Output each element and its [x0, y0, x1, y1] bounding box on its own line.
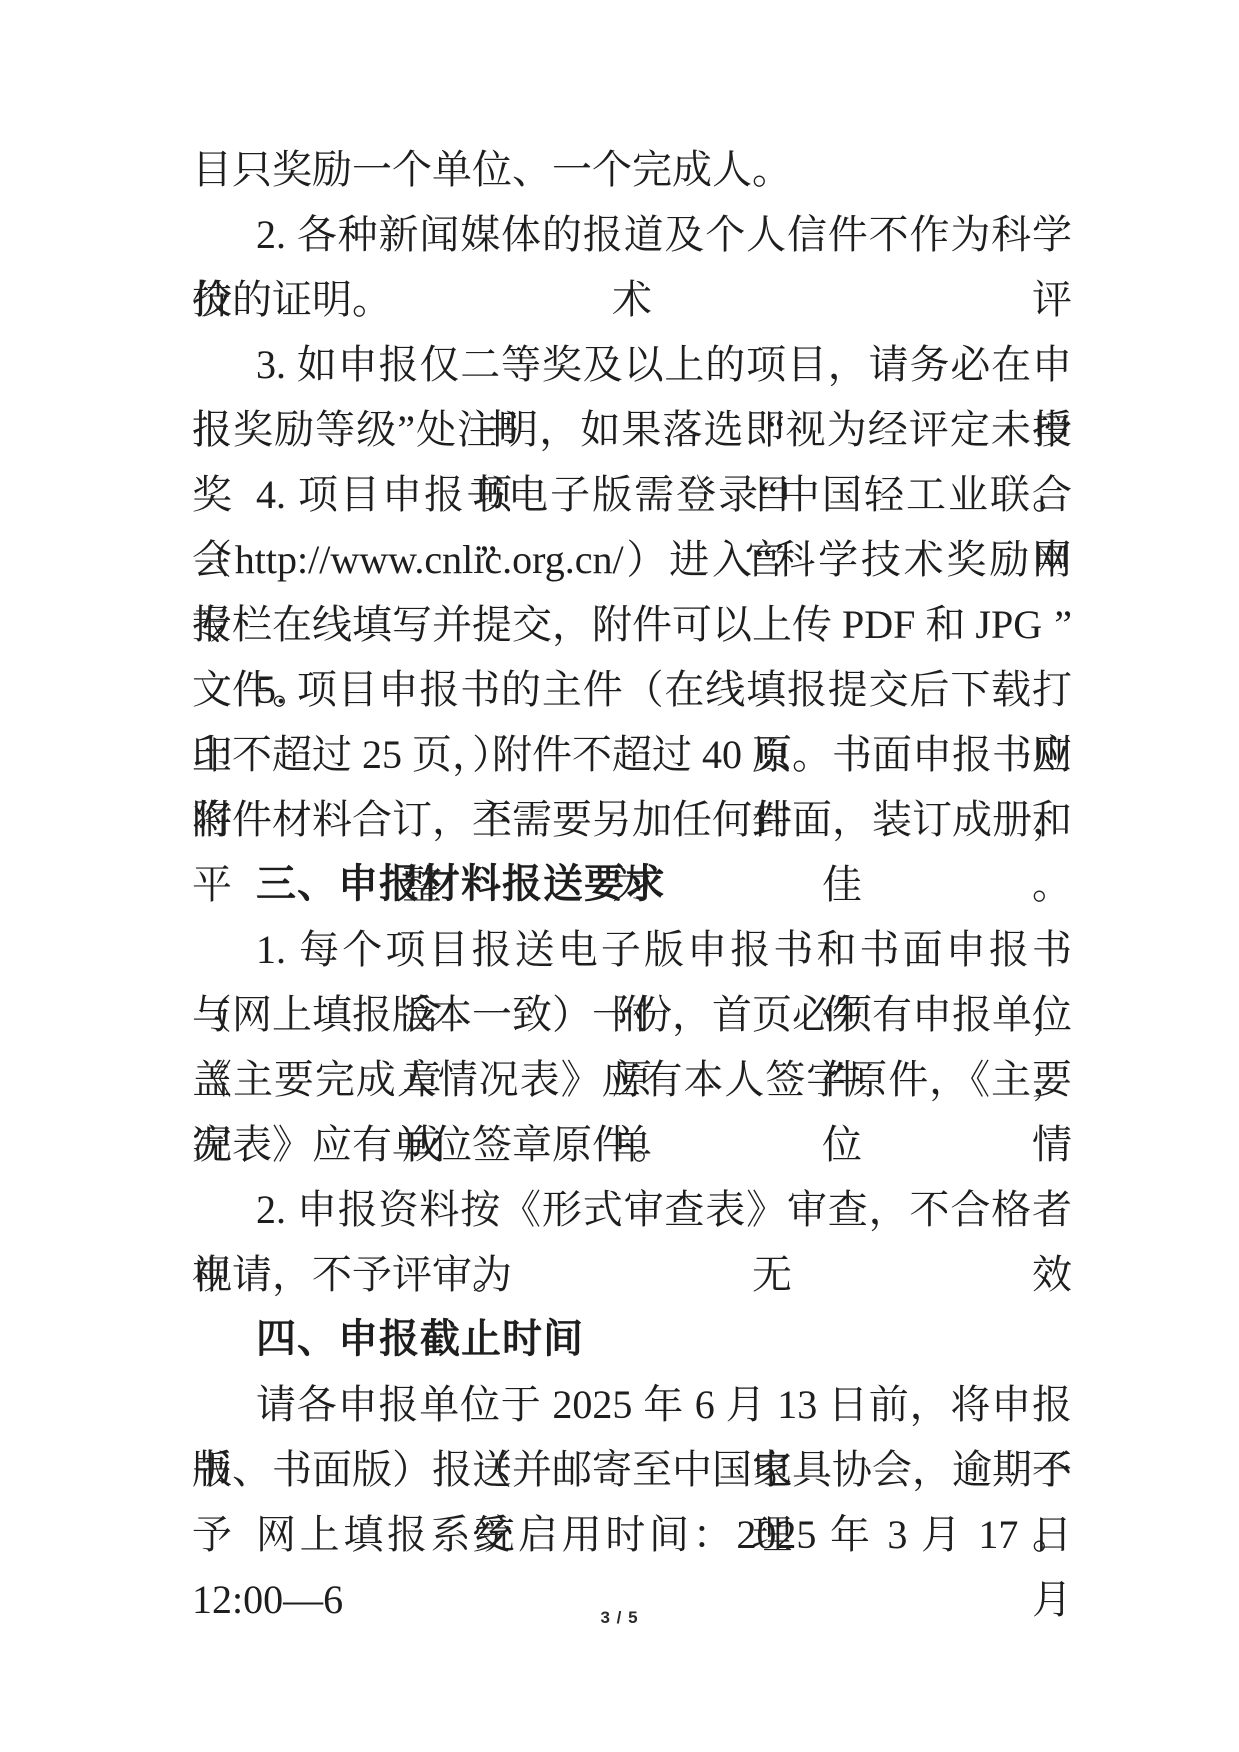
- document-body: 目只奖励一个单位、一个完成人。2. 各种新闻媒体的报道及个人信件不作为科学技术评…: [192, 137, 1072, 1567]
- text-line: 附件材料合订，不需要另加任何封面，装订成册，平整为佳。: [192, 787, 1072, 852]
- text-line: 2. 申报资料按《形式审查表》审查，不合格者视为无效: [192, 1177, 1072, 1242]
- text-line: 专栏在线填写并提交，附件可以上传 PDF 和 JPG 文件。: [192, 592, 1072, 657]
- text-line: （http://www.cnlic.org.cn/）进入“科学技术奖励申报”: [192, 527, 1072, 592]
- document-page: 目只奖励一个单位、一个完成人。2. 各种新闻媒体的报道及个人信件不作为科学技术评…: [0, 0, 1239, 1752]
- text-line: 5. 项目申报书的主件（在线填报提交后下载打印）原则: [192, 657, 1072, 722]
- text-line: 1. 每个项目报送电子版申报书和书面申报书（含附件，: [192, 917, 1072, 982]
- text-line: 2. 各种新闻媒体的报道及个人信件不作为科学技术评: [192, 202, 1072, 267]
- page-number: 3 / 5: [0, 1608, 1239, 1628]
- text-line: 版、书面版）报送并邮寄至中国家具协会，逾期不予受理。: [192, 1437, 1072, 1502]
- text-line: 上不超过 25 页，附件不超过 40 页。书面申报书应将主件和: [192, 722, 1072, 787]
- section-heading: 四、申报截止时间: [192, 1307, 1072, 1372]
- text-line: 3. 如申报仅二等奖及以上的项目，请务必在申报书“申: [192, 332, 1072, 397]
- text-line: 网上填报系统启用时间：2025 年 3 月 17 日 12:00—6 月: [192, 1502, 1072, 1567]
- text-line: 4. 项目申报书电子版需登录“中国轻工业联合会”官网: [192, 462, 1072, 527]
- text-line: 报奖励等级”处注明，如果落选即视为经评定未授奖项目。: [192, 397, 1072, 462]
- text-line: 请各申报单位于 2025 年 6 月 13 日前，将申报书（电子: [192, 1372, 1072, 1437]
- text-line: 目只奖励一个单位、一个完成人。: [192, 137, 1072, 202]
- text-line: 《主要完成人情况表》应有本人签字原件，《主要完成单位情: [192, 1047, 1072, 1112]
- text-line: 与网上填报版本一致）一份，首页必须有申报单位盖章原件，: [192, 982, 1072, 1047]
